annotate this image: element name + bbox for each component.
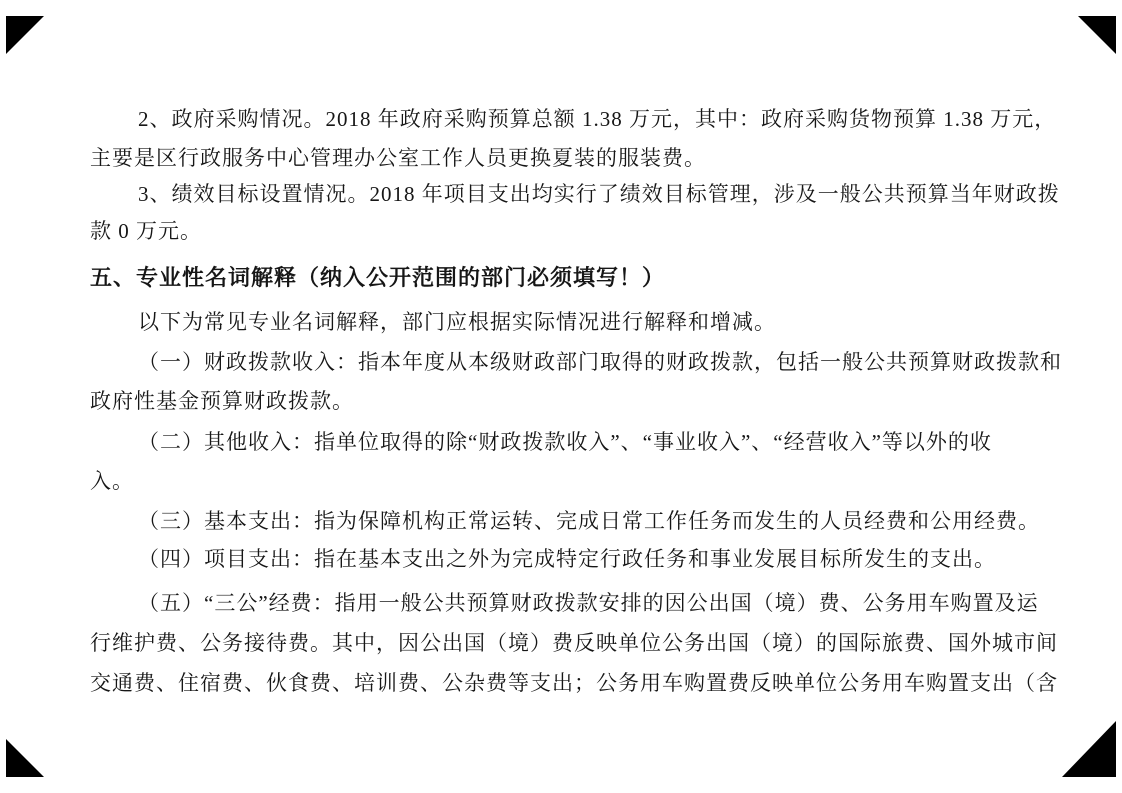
scan-corner-bottom-left-mark bbox=[6, 739, 44, 777]
scan-corner-top-right-mark bbox=[1078, 16, 1116, 54]
scan-corner-top-left-mark bbox=[6, 16, 44, 54]
term-three-public-funds-line-1: （五）“三公”经费：指用一般公共预算财政拨款安排的因公出国（境）费、公务用车购置… bbox=[90, 590, 1090, 617]
performance-goals-line-2: 款 0 万元。 bbox=[90, 218, 1042, 245]
scan-corner-bottom-right-mark bbox=[1062, 721, 1116, 777]
term-other-income-line-1: （二）其他收入：指单位取得的除“财政拨款收入”、“事业收入”、“经营收入”等以外… bbox=[90, 429, 1090, 456]
glossary-intro-line: 以下为常见专业名词解释，部门应根据实际情况进行解释和增减。 bbox=[90, 309, 1090, 336]
document-page: 2、政府采购情况。2018 年政府采购预算总额 1.38 万元，其中：政府采购货… bbox=[0, 0, 1122, 793]
procurement-line-2: 主要是区行政服务中心管理办公室工作人员更换夏装的服装费。 bbox=[90, 145, 1042, 172]
term-project-expenditure-line: （四）项目支出：指在基本支出之外为完成特定行政任务和事业发展目标所发生的支出。 bbox=[90, 546, 1090, 573]
term-three-public-funds-line-3: 交通费、住宿费、伙食费、培训费、公杂费等支出；公务用车购置费反映单位公务用车购置… bbox=[90, 670, 1042, 697]
term-fiscal-appropriation-line-1: （一）财政拨款收入：指本年度从本级财政部门取得的财政拨款，包括一般公共预算财政拨… bbox=[90, 349, 1090, 376]
term-basic-expenditure-line: （三）基本支出：指为保障机构正常运转、完成日常工作任务而发生的人员经费和公用经费… bbox=[90, 508, 1090, 535]
term-three-public-funds-line-2: 行维护费、公务接待费。其中，因公出国（境）费反映单位公务出国（境）的国际旅费、国… bbox=[90, 630, 1042, 657]
section-five-heading: 五、专业性名词解释（纳入公开范围的部门必须填写！） bbox=[90, 264, 1042, 291]
procurement-line-1: 2、政府采购情况。2018 年政府采购预算总额 1.38 万元，其中：政府采购货… bbox=[90, 106, 1090, 133]
term-other-income-line-2: 入。 bbox=[90, 468, 1042, 495]
term-fiscal-appropriation-line-2: 政府性基金预算财政拨款。 bbox=[90, 388, 1042, 415]
performance-goals-line-1: 3、绩效目标设置情况。2018 年项目支出均实行了绩效目标管理，涉及一般公共预算… bbox=[90, 181, 1090, 208]
